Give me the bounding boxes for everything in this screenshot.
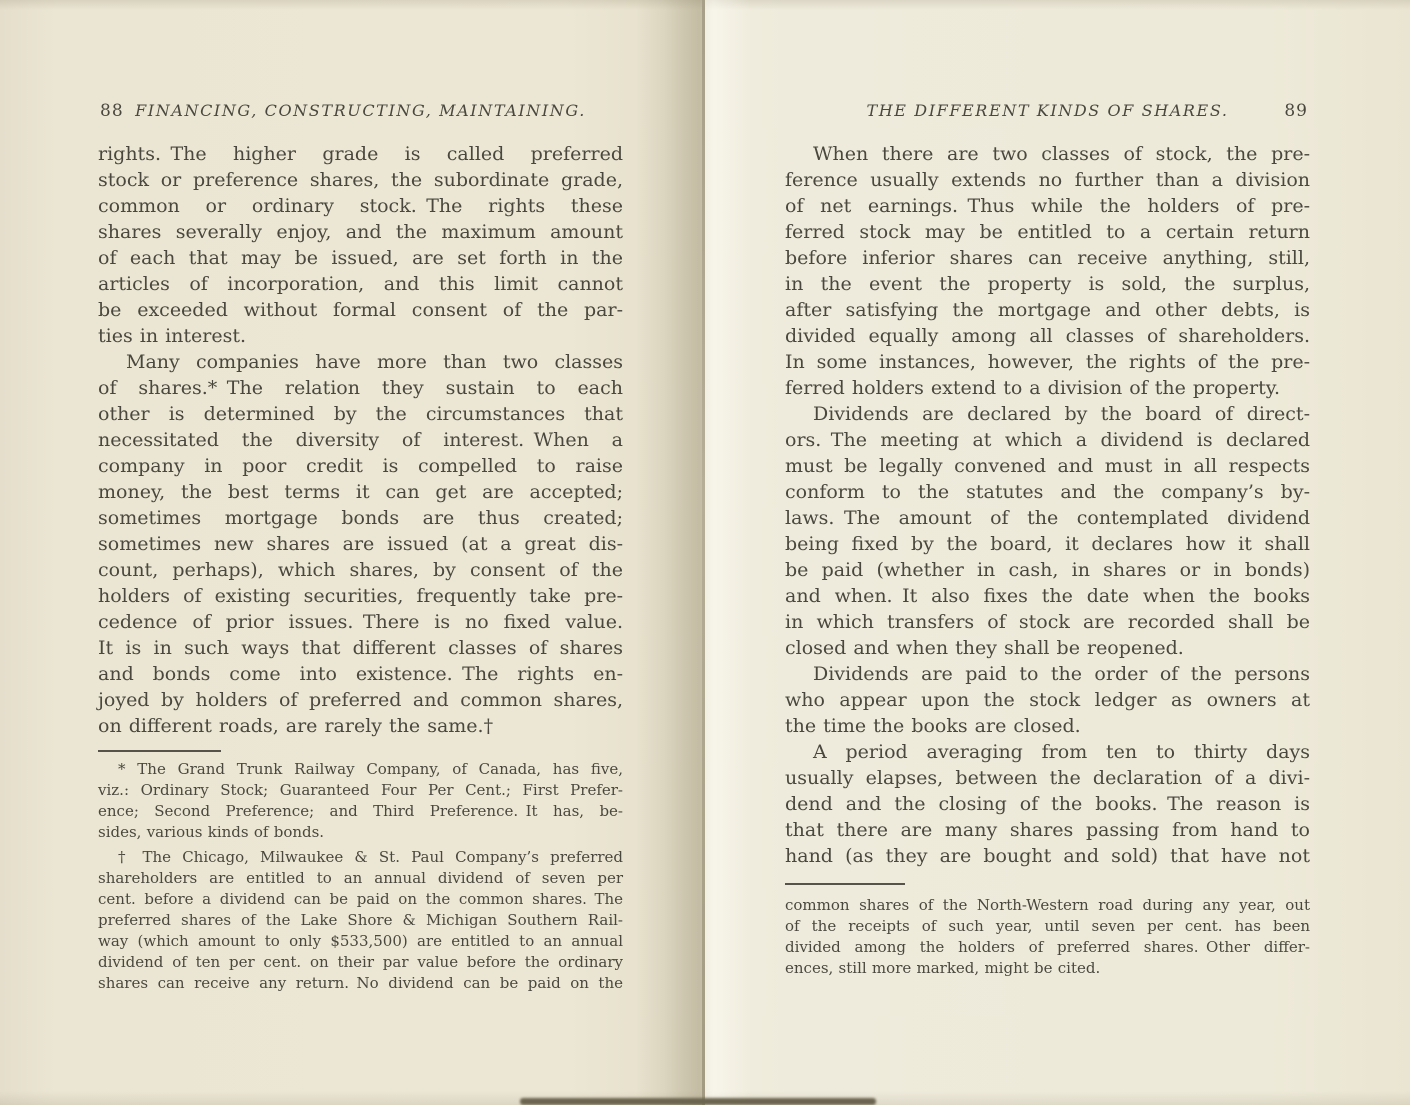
text-line: preferred shares of the Lake Shore & Mic… [98,910,623,931]
text-line: dend and the closing of the books. The r… [785,791,1310,817]
right-body: When there are two classes of stock, the… [785,141,1310,869]
text-line: before inferior shares can receive anyth… [785,245,1310,271]
text-line: necessitated the diversity of interest. … [98,427,623,453]
paragraph: A period averaging from ten to thirty da… [785,739,1310,869]
left-footnotes: * The Grand Trunk Railway Company, of Ca… [98,759,623,994]
text-line: ence; Second Preference; and Third Prefe… [98,801,623,822]
text-line: closed and when they shall be reopened. [785,635,1310,661]
text-line: shareholders are entitled to an annual d… [98,868,623,889]
paragraph: Dividends are declared by the board of d… [785,401,1310,661]
paragraph: When there are two classes of stock, the… [785,141,1310,401]
text-line: must be legally convened and must in all… [785,453,1310,479]
text-line: ferred stock may be entitled to a certai… [785,219,1310,245]
text-line: cedence of prior issues. There is no fix… [98,609,623,635]
left-footnote-rule [98,750,221,752]
text-line: of net earnings. Thus while the holders … [785,193,1310,219]
text-line: When there are two classes of stock, the… [785,141,1310,167]
text-line: laws. The amount of the contemplated div… [785,505,1310,531]
text-line: holders of existing securities, frequent… [98,583,623,609]
text-line: joyed by holders of preferred and common… [98,687,623,713]
text-line: of shares.* The relation they sustain to… [98,375,623,401]
text-line: hand (as they are bought and sold) that … [785,843,1310,869]
text-line: be paid (whether in cash, in shares or i… [785,557,1310,583]
text-line: Dividends are declared by the board of d… [785,401,1310,427]
text-line: ences, still more marked, might be cited… [785,958,1310,979]
text-line: rights. The higher grade is called prefe… [98,141,623,167]
text-line: divided among the holders of preferred s… [785,937,1310,958]
paragraph: common shares of the North-Western road … [785,895,1310,979]
text-line: A period averaging from ten to thirty da… [785,739,1310,765]
text-line: in the event the property is sold, the s… [785,271,1310,297]
text-line: on different roads, are rarely the same.… [98,713,623,739]
text-line: divided equally among all classes of sha… [785,323,1310,349]
paragraph: † The Chicago, Milwaukee & St. Paul Comp… [98,847,623,994]
text-line: sides, various kinds of bonds. [98,822,623,843]
text-line: It is in such ways that different classe… [98,635,623,661]
text-line: ference usually extends no further than … [785,167,1310,193]
text-line: and when. It also fixes the date when th… [785,583,1310,609]
text-line: being fixed by the board, it declares ho… [785,531,1310,557]
gutter-shadow [636,0,702,1105]
text-line: shares severally enjoy, and the maximum … [98,219,623,245]
text-line: after satisfying the mortgage and other … [785,297,1310,323]
text-line: money, the best terms it can get are acc… [98,479,623,505]
text-line: of each that may be issued, are set fort… [98,245,623,271]
paragraph: rights. The higher grade is called prefe… [98,141,623,349]
gutter-highlight [705,0,751,1105]
right-footnotes: common shares of the North-Western road … [785,895,1310,979]
text-line: way (which amount to only $533,500) are … [98,931,623,952]
book-bottom-edge [520,1098,876,1105]
text-line: shares can receive any return. No divide… [98,973,623,994]
text-line: dividend of ten per cent. on their par v… [98,952,623,973]
text-line: stock or preference shares, the subordin… [98,167,623,193]
left-running-head: 88 FINANCING, CONSTRUCTING, MAINTAINING. [98,101,623,125]
text-line: and bonds come into existence. The right… [98,661,623,687]
text-line: the time the books are closed. [785,713,1310,739]
left-running-title: FINANCING, CONSTRUCTING, MAINTAINING. [98,101,623,120]
right-page: THE DIFFERENT KINDS OF SHARES. 89 When t… [785,101,1310,1051]
paragraph: * The Grand Trunk Railway Company, of Ca… [98,759,623,843]
text-line: † The Chicago, Milwaukee & St. Paul Comp… [98,847,623,868]
text-line: conform to the statutes and the company’… [785,479,1310,505]
text-line: cent. before a dividend can be paid on t… [98,889,623,910]
text-line: who appear upon the stock ledger as owne… [785,687,1310,713]
right-running-head: THE DIFFERENT KINDS OF SHARES. 89 [785,101,1310,125]
paragraph: Many companies have more than two classe… [98,349,623,739]
right-footnote-rule [785,883,905,885]
paragraph: Dividends are paid to the order of the p… [785,661,1310,739]
text-line: In some instances, however, the rights o… [785,349,1310,375]
text-line: Dividends are paid to the order of the p… [785,661,1310,687]
text-line: ties in interest. [98,323,623,349]
text-line: count, perhaps), which shares, by consen… [98,557,623,583]
left-body: rights. The higher grade is called prefe… [98,141,623,739]
text-line: usually elapses, between the declaration… [785,765,1310,791]
text-line: Many companies have more than two classe… [98,349,623,375]
text-line: ors. The meeting at which a dividend is … [785,427,1310,453]
text-line: company in poor credit is compelled to r… [98,453,623,479]
text-line: viz.: Ordinary Stock; Guaranteed Four Pe… [98,780,623,801]
right-running-title: THE DIFFERENT KINDS OF SHARES. [785,101,1310,120]
text-line: common shares of the North-Western road … [785,895,1310,916]
text-line: in which transfers of stock are recorded… [785,609,1310,635]
text-line: be exceeded without formal consent of th… [98,297,623,323]
text-line: sometimes mortgage bonds are thus create… [98,505,623,531]
text-line: that there are many shares passing from … [785,817,1310,843]
text-line: * The Grand Trunk Railway Company, of Ca… [98,759,623,780]
text-line: other is determined by the circumstances… [98,401,623,427]
right-page-number: 89 [1284,101,1308,121]
text-line: ferred holders extend to a division of t… [785,375,1310,401]
text-line: sometimes new shares are issued (at a gr… [98,531,623,557]
text-line: common or ordinary stock. The rights the… [98,193,623,219]
text-line: articles of incorporation, and this limi… [98,271,623,297]
text-line: of the receipts of such year, until seve… [785,916,1310,937]
left-page: 88 FINANCING, CONSTRUCTING, MAINTAINING.… [98,101,623,1051]
